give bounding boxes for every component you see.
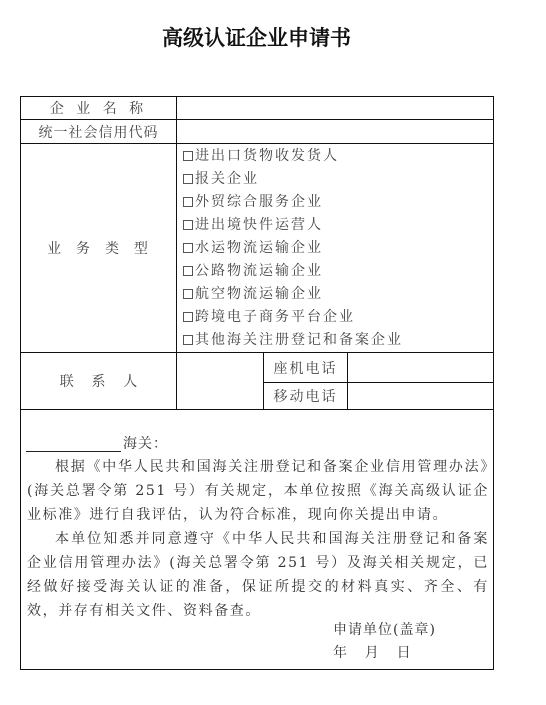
- contact-field[interactable]: [178, 353, 262, 409]
- mobile-field[interactable]: [349, 383, 492, 409]
- credit-code-label: 统一社会信用代码: [21, 120, 176, 143]
- divider: [347, 352, 348, 410]
- contact-label: 联 系 人: [21, 353, 176, 409]
- customs-name-blank[interactable]: [26, 451, 121, 452]
- business-type-option[interactable]: 水运物流运输企业: [183, 237, 323, 259]
- checkbox-icon[interactable]: [183, 151, 193, 161]
- checkbox-icon[interactable]: [183, 174, 193, 184]
- business-type-option[interactable]: 公路物流运输企业: [183, 260, 323, 282]
- option-label: 跨境电子商务平台企业: [195, 306, 355, 328]
- mobile-label: 移动电话: [264, 383, 347, 409]
- credit-code-field[interactable]: [178, 120, 492, 143]
- enterprise-name-label: 企 业 名 称: [21, 97, 176, 119]
- option-label: 其他海关注册登记和备案企业: [195, 329, 403, 351]
- option-label: 公路物流运输企业: [195, 260, 323, 282]
- checkbox-icon[interactable]: [183, 335, 193, 345]
- application-form: 企 业 名 称 统一社会信用代码 业 务 类 型 进出口货物收发货人 报关企业 …: [20, 96, 494, 670]
- page-title: 高级认证企业申请书: [0, 22, 513, 52]
- date-label: 年 月 日: [333, 642, 411, 662]
- declaration-paragraph-2: 本单位知悉并同意遵守《中华人民共和国海关注册登记和备案企业信用管理办法》(海关总…: [27, 527, 489, 623]
- business-type-option[interactable]: 报关企业: [183, 168, 259, 190]
- business-type-option[interactable]: 跨境电子商务平台企业: [183, 306, 355, 328]
- business-type-option[interactable]: 航空物流运输企业: [183, 283, 323, 305]
- divider: [176, 97, 177, 410]
- checkbox-icon[interactable]: [183, 220, 193, 230]
- business-type-label: 业 务 类 型: [21, 144, 176, 352]
- option-label: 航空物流运输企业: [195, 283, 323, 305]
- enterprise-name-field[interactable]: [178, 97, 492, 119]
- option-label: 水运物流运输企业: [195, 237, 323, 259]
- landline-field[interactable]: [349, 353, 492, 382]
- checkbox-icon[interactable]: [183, 266, 193, 276]
- business-type-option[interactable]: 进出口货物收发货人: [183, 145, 339, 167]
- checkbox-icon[interactable]: [183, 243, 193, 253]
- checkbox-icon[interactable]: [183, 289, 193, 299]
- landline-label: 座机电话: [264, 353, 347, 382]
- declaration-body: 根据《中华人民共和国海关注册登记和备案企业信用管理办法》(海关总署令第 251 …: [27, 455, 489, 623]
- business-type-option[interactable]: 外贸综合服务企业: [183, 191, 323, 213]
- signature-label: 申请单位(盖章): [333, 619, 436, 639]
- checkbox-icon[interactable]: [183, 197, 193, 207]
- option-label: 进出口货物收发货人: [195, 145, 339, 167]
- option-label: 进出境快件运营人: [195, 214, 323, 236]
- divider: [21, 409, 493, 410]
- checkbox-icon[interactable]: [183, 312, 193, 322]
- business-type-option[interactable]: 进出境快件运营人: [183, 214, 323, 236]
- business-type-option[interactable]: 其他海关注册登记和备案企业: [183, 329, 403, 351]
- option-label: 外贸综合服务企业: [195, 191, 323, 213]
- customs-suffix: 海关：: [123, 433, 168, 453]
- declaration-paragraph-1: 根据《中华人民共和国海关注册登记和备案企业信用管理办法》(海关总署令第 251 …: [27, 455, 489, 527]
- option-label: 报关企业: [195, 168, 259, 190]
